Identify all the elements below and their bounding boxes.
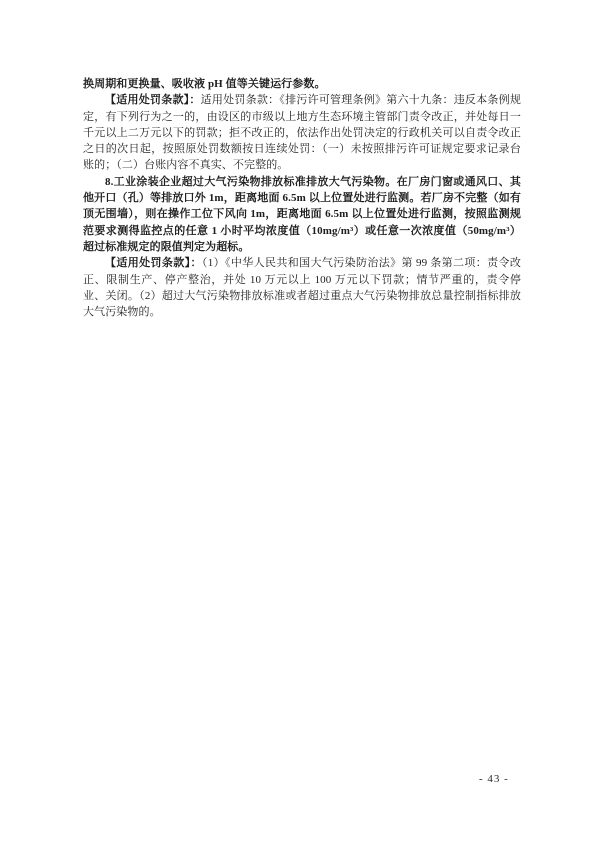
- document-page: 换周期和更换量、吸收液 pH 值等关键运行参数。【适用处罚条款】：适用处罚条款：…: [0, 0, 600, 848]
- bold-text-run: 8.工业涂装企业超过大气污染物排放标准排放大气污染物。在厂房门窗或通风口、其他开…: [83, 176, 521, 253]
- document-body: 换周期和更换量、吸收液 pH 值等关键运行参数。【适用处罚条款】：适用处罚条款：…: [83, 76, 521, 320]
- page-number: - 43 -: [479, 771, 509, 787]
- paragraph: 【适用处罚条款】：（1）《中华人民共和国大气污染防治法》第 99 条第二项：责令…: [83, 255, 521, 320]
- bold-text-run: 换周期和更换量、吸收液 pH 值等关键运行参数。: [83, 78, 326, 90]
- paragraph: 【适用处罚条款】：适用处罚条款：《排污许可管理条例》第六十九条：违反本条例规定，…: [83, 92, 521, 173]
- paragraph: 8.工业涂装企业超过大气污染物排放标准排放大气污染物。在厂房门窗或通风口、其他开…: [83, 174, 521, 255]
- bold-text-run: 【适用处罚条款】：: [105, 257, 202, 269]
- bold-text-run: 【适用处罚条款】：: [105, 94, 201, 106]
- paragraph: 换周期和更换量、吸收液 pH 值等关键运行参数。: [83, 76, 521, 92]
